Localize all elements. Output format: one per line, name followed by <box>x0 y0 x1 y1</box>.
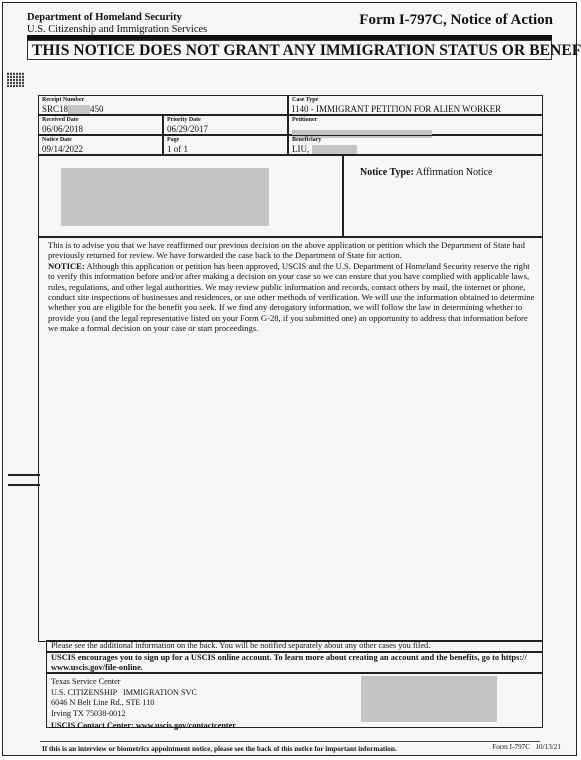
page-cell: Page 1 of 1 <box>163 135 288 155</box>
recipient-address-cell <box>38 155 343 237</box>
notice-label: NOTICE: <box>48 261 85 271</box>
redacted-address <box>61 168 269 226</box>
form-title: Form I-797C, Notice of Action <box>359 12 553 29</box>
case-type-value: I140 - IMMIGRANT PETITION FOR ALIEN WORK… <box>292 104 539 114</box>
fold-mark <box>8 484 40 486</box>
body-paragraph-1: This is to advise you that we have reaff… <box>48 240 538 261</box>
beneficiary-value: LIU, <box>292 144 539 154</box>
beneficiary-cell: Beneficiary LIU, <box>288 135 543 155</box>
notice-type-label: Notice Type: <box>360 167 414 178</box>
agency-header: Department of Homeland Security U.S. Cit… <box>27 12 207 36</box>
footer-note: If this is an interview or biometrics ap… <box>42 745 397 753</box>
receipt-number-value: SRC18450 <box>42 104 284 114</box>
priority-date-value: 06/29/2017 <box>167 124 284 134</box>
received-date-label: Received Date <box>42 117 159 124</box>
case-type-label: Case Type <box>292 97 539 104</box>
received-date-cell: Received Date 06/06/2018 <box>38 115 163 135</box>
page-value: 1 of 1 <box>167 144 284 154</box>
receipt-number-cell: Receipt Number SRC18450 <box>38 95 288 115</box>
receipt-prefix: SRC18 <box>42 104 68 114</box>
beneficiary-surname: LIU, <box>292 144 309 154</box>
redacted-beneficiary <box>312 145 357 154</box>
priority-date-label: Priority Date <box>167 117 284 124</box>
footer-rule <box>40 741 540 742</box>
additional-info-row: Please see the additional information on… <box>46 640 543 652</box>
agency-name: Department of Homeland Security <box>27 12 207 24</box>
petitioner-cell: Petitioner <box>288 115 543 135</box>
service-center-box: Texas Service Center U.S. CITIZENSHIP IM… <box>46 673 543 728</box>
body-paragraph-2: NOTICE: Although this application or pet… <box>48 261 538 334</box>
notice-date-cell: Notice Date 09/14/2022 <box>38 135 163 155</box>
contact-center: USCIS Contact Center: www.uscis.gov/cont… <box>51 721 538 731</box>
notice-date-value: 09/14/2022 <box>42 144 159 154</box>
notice-body-text: This is to advise you that we have reaff… <box>48 240 538 334</box>
beneficiary-label: Beneficiary <box>292 137 539 144</box>
page-label: Page <box>167 137 284 144</box>
received-date-value: 06/06/2018 <box>42 124 159 134</box>
notice-type-cell: Notice Type: Affirmation Notice <box>343 155 543 237</box>
status-banner: THIS NOTICE DOES NOT GRANT ANY IMMIGRATI… <box>27 40 552 60</box>
notice-type: Notice Type: Affirmation Notice <box>360 167 493 178</box>
fold-mark <box>8 474 40 476</box>
notice-type-value: Affirmation Notice <box>416 167 493 178</box>
redacted-block <box>68 105 90 114</box>
priority-date-cell: Priority Date 06/29/2017 <box>163 115 288 135</box>
redacted-barcode-block <box>361 676 497 722</box>
online-account-row: USCIS encourages you to sign up for a US… <box>46 652 543 673</box>
receipt-number-label: Receipt Number <box>42 97 284 104</box>
notice-date-label: Notice Date <box>42 137 159 144</box>
receipt-suffix: 450 <box>90 104 104 114</box>
notice-text: Although this application or petition ha… <box>48 261 534 333</box>
petitioner-label: Petitioner <box>292 117 539 124</box>
case-type-cell: Case Type I140 - IMMIGRANT PETITION FOR … <box>288 95 543 115</box>
barcode-icon <box>7 72 24 87</box>
footer-form-id: Form I-797C 10/13/21 <box>492 743 561 751</box>
